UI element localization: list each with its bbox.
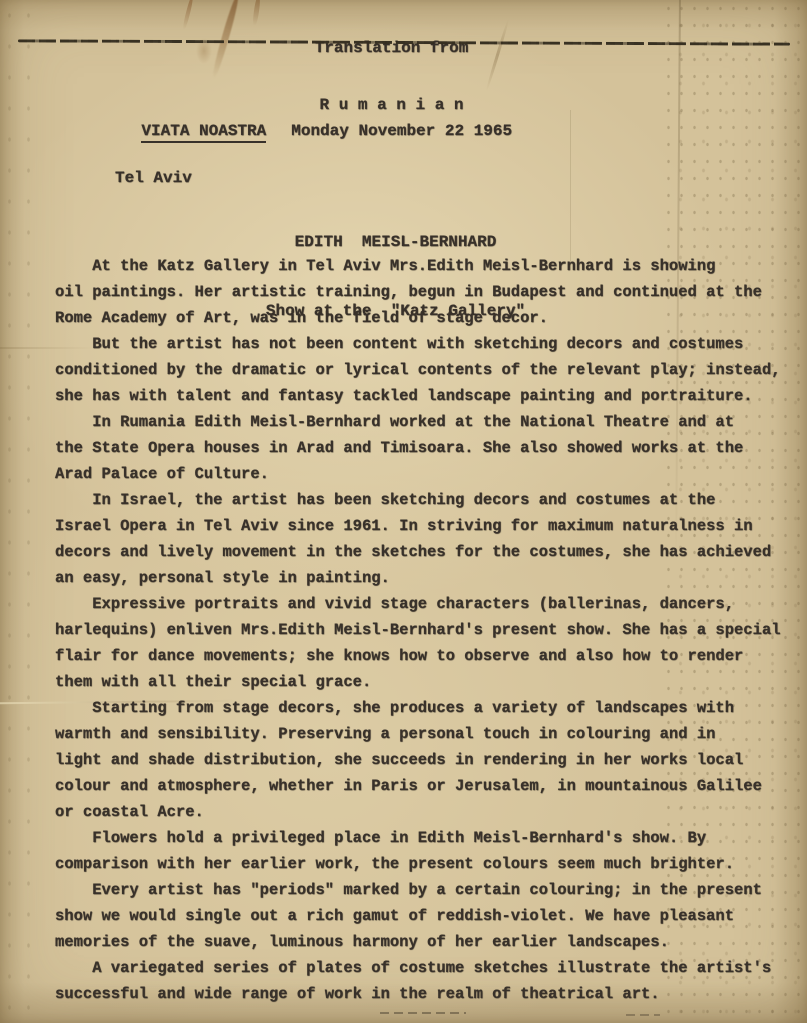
body-line: show we would single out a rich gamut of… (55, 903, 781, 929)
publication-name: VIATA NOASTRA (141, 122, 266, 143)
paragraph: A variegated series of plates of costume… (55, 955, 781, 1007)
body-line: But the artist has not been content with… (55, 331, 781, 357)
paragraph: But the artist has not been content with… (55, 331, 781, 409)
article-title-line1: EDITH MEISL-BERNHARD (0, 231, 799, 254)
body-line: In Rumania Edith Meisl-Bernhard worked a… (55, 409, 781, 435)
body-line: A variegated series of plates of costume… (55, 955, 781, 981)
bottom-dash-marks (626, 1014, 660, 1016)
body-line: Arad Palace of Culture. (55, 461, 781, 487)
body-line: Expressive portraits and vivid stage cha… (55, 591, 781, 617)
body-line: comparison with her earlier work, the pr… (55, 851, 781, 877)
paragraph: Expressive portraits and vivid stage cha… (55, 591, 781, 695)
body-line: conditioned by the dramatic or lyrical c… (55, 357, 781, 383)
body-line: Rome Academy of Art, was in the field of… (55, 305, 781, 331)
paragraph: In Israel, the artist has been sketching… (55, 487, 781, 591)
body-line: she has with talent and fantasy tackled … (55, 383, 781, 409)
paragraph: Flowers hold a privileged place in Edith… (55, 825, 781, 877)
body-line: the State Opera houses in Arad and Timis… (55, 435, 781, 461)
document-body: At the Katz Gallery in Tel Aviv Mrs.Edit… (55, 253, 781, 1007)
scanned-document-page: Translation from R u m a n i a n VIATA N… (0, 0, 807, 1023)
paragraph: Every artist has "periods" marked by a c… (55, 877, 781, 955)
body-line: colour and atmosphere, whether in Paris … (55, 773, 781, 799)
body-line: At the Katz Gallery in Tel Aviv Mrs.Edit… (55, 253, 781, 279)
body-line: In Israel, the artist has been sketching… (55, 487, 781, 513)
body-line: them with all their special grace. (55, 669, 781, 695)
body-line: light and shade distribution, she succee… (55, 747, 781, 773)
paragraph: In Rumania Edith Meisl-Bernhard worked a… (55, 409, 781, 487)
publication-date: Monday November 22 1965 (291, 122, 512, 140)
body-line: memories of the suave, luminous harmony … (55, 929, 781, 955)
paragraph: At the Katz Gallery in Tel Aviv Mrs.Edit… (55, 253, 781, 331)
body-line: Every artist has "periods" marked by a c… (55, 877, 781, 903)
body-line: decors and lively movement in the sketch… (55, 539, 781, 565)
body-line: flair for dance movements; she knows how… (55, 643, 781, 669)
body-line: warmth and sensibility. Preserving a per… (55, 721, 781, 747)
body-line: Starting from stage decors, she produces… (55, 695, 781, 721)
body-line: oil paintings. Her artistic training, be… (55, 279, 781, 305)
paragraph: Starting from stage decors, she produces… (55, 695, 781, 825)
body-line: or coastal Acre. (55, 799, 781, 825)
body-line: an easy, personal style in painting. (55, 565, 781, 591)
body-line: harlequins) enliven Mrs.Edith Meisl-Bern… (55, 617, 781, 643)
paper-speckle-left (0, 0, 46, 1023)
body-line: Flowers hold a privileged place in Edith… (55, 825, 781, 851)
body-line: successful and wide range of work in the… (55, 981, 781, 1007)
body-line: Israel Opera in Tel Aviv since 1961. In … (55, 513, 781, 539)
bottom-dash-marks (380, 1012, 466, 1014)
